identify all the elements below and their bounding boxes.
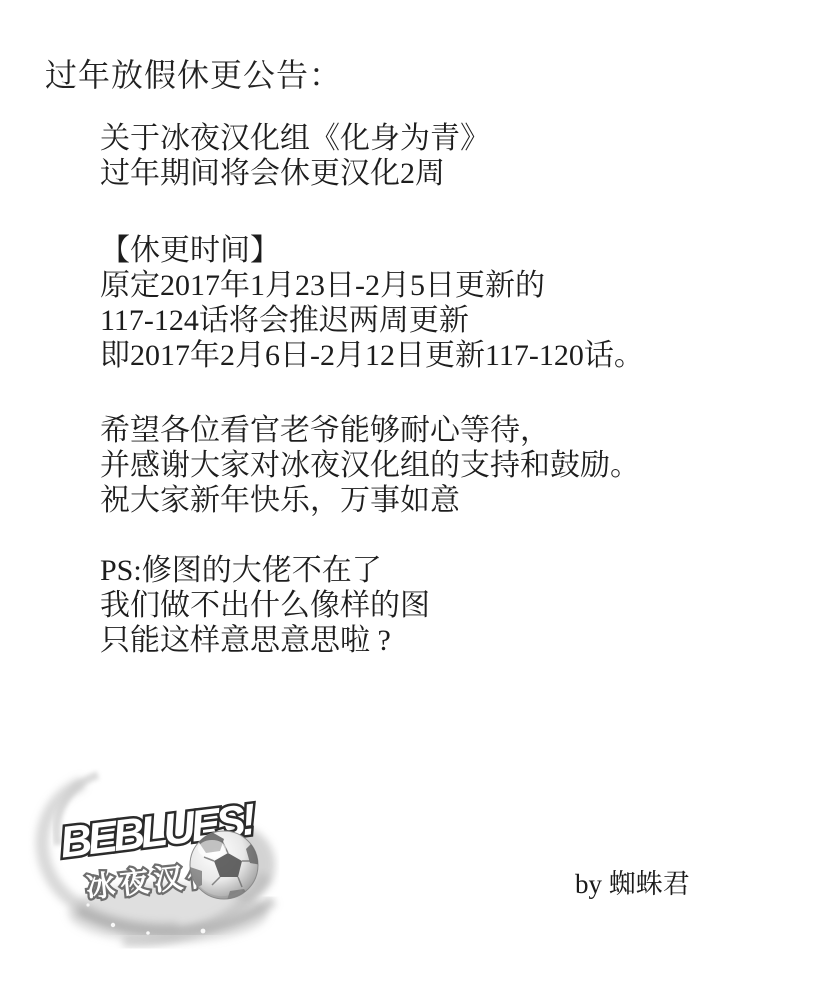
paragraph-schedule: 【休更时间】 原定2017年1月23日-2月5日更新的 117-124话将会推迟…	[100, 233, 644, 373]
text-line: 【休更时间】	[100, 233, 644, 268]
announcement-page: 过年放假休更公告： 关于冰夜汉化组《化身为青》 过年期间将会休更汉化2周 【休更…	[0, 0, 838, 988]
beblues-logo: BEBLUES! 冰夜汉化	[28, 765, 290, 955]
text-line: 117-124话将会推迟两周更新	[100, 303, 644, 338]
text-line: PS:修图的大佬不在了	[100, 553, 430, 588]
text-line: 希望各位看官老爷能够耐心等待，	[100, 413, 640, 448]
text-line: 只能这样意思意思啦 ?	[100, 623, 430, 658]
paragraph-about: 关于冰夜汉化组《化身为青》 过年期间将会休更汉化2周	[100, 121, 490, 191]
text-line: 过年期间将会休更汉化2周	[100, 156, 490, 191]
text-line: 即2017年2月6日-2月12日更新117-120话。	[100, 338, 644, 373]
page-title: 过年放假休更公告：	[45, 50, 342, 96]
text-line: 原定2017年1月23日-2月5日更新的	[100, 268, 644, 303]
paragraph-thanks: 希望各位看官老爷能够耐心等待， 并感谢大家对冰夜汉化组的支持和鼓励。 祝大家新年…	[100, 413, 640, 518]
text-line: 我们做不出什么像样的图	[100, 588, 430, 623]
text-line: 并感谢大家对冰夜汉化组的支持和鼓励。	[100, 448, 640, 483]
text-line: 祝大家新年快乐，万事如意	[100, 483, 640, 518]
text-line: 关于冰夜汉化组《化身为青》	[100, 121, 490, 156]
signature: by 蜘蛛君	[575, 862, 690, 901]
paragraph-ps: PS:修图的大佬不在了 我们做不出什么像样的图 只能这样意思意思啦 ?	[100, 553, 430, 658]
